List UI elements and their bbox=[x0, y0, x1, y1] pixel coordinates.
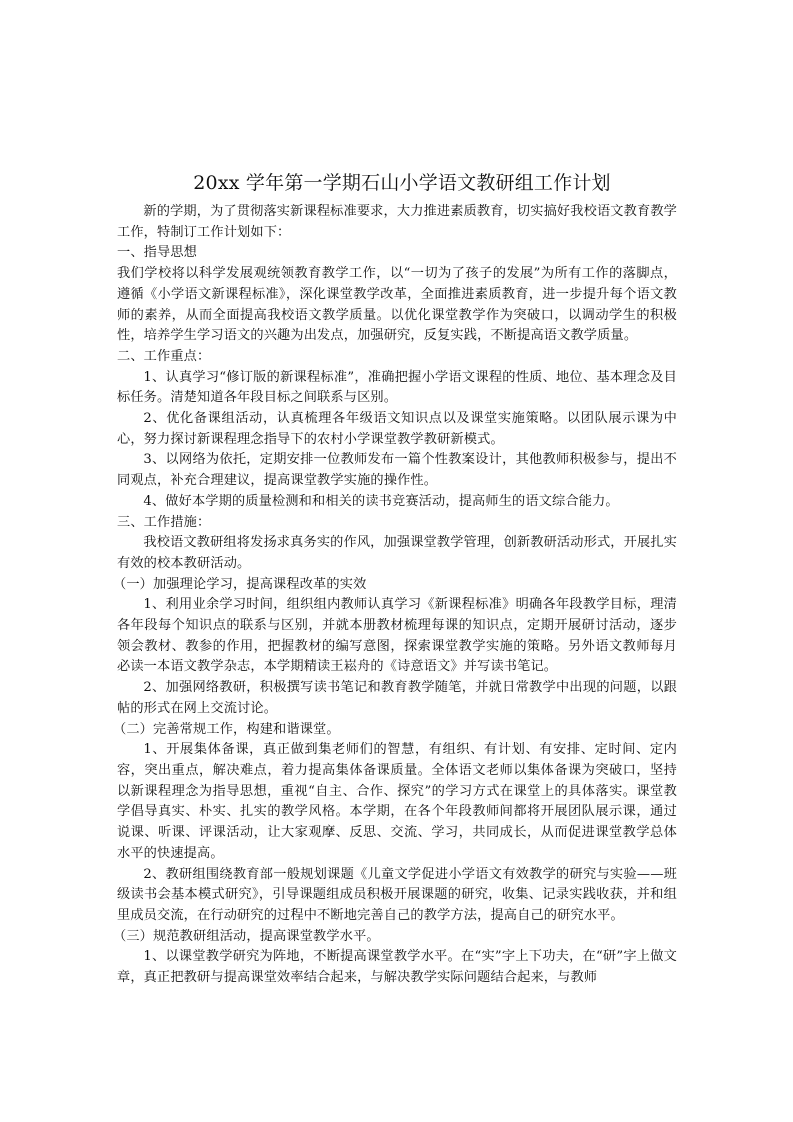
teaching-research-item-1: 1、以课堂教学研究为阵地，不断提高课堂教学水平。在“实”字上下功夫，在“研”字上… bbox=[117, 947, 677, 988]
work-measures-intro: 我校语文教研组将发扬求真务实的作风，加强课堂教学管理，创新教研活动形式，开展扎实… bbox=[117, 533, 677, 574]
work-focus-item-4: 4、做好本学期的质量检测和和相关的读书竞赛活动，提高师生的语文综合能力。 bbox=[117, 492, 677, 513]
theory-study-item-1: 1、利用业余学习时间，组织组内教师认真学习《新课程标准》明确各年段教学目标，理清… bbox=[117, 595, 677, 678]
subsection-heading-teaching-research: （三）规范教研组活动，提高课堂教学水平。 bbox=[113, 927, 677, 948]
work-focus-item-2: 2、优化备课组活动，认真梳理各年级语文知识点以及课堂实施策略。以团队展示课为中心… bbox=[117, 409, 677, 450]
subsection-heading-routine-work: （二）完善常规工作，构建和谐课堂。 bbox=[113, 720, 677, 741]
section-heading-work-focus: 二、工作重点： bbox=[117, 347, 677, 368]
routine-work-item-2: 2、教研组围绕教育部一般规划课题《儿童文学促进小学语文有效教学的研究与实验——班… bbox=[117, 865, 677, 927]
guiding-ideology-paragraph: 我们学校将以科学发展观统领教育教学工作，以“一切为了孩子的发展”为所有工作的落脚… bbox=[117, 264, 677, 347]
document-page: 20xx 学年第一学期石山小学语文教研组工作计划 新的学期，为了贯彻落实新课程标… bbox=[117, 170, 677, 989]
intro-paragraph: 新的学期，为了贯彻落实新课程标准要求，大力推进素质教育，切实搞好我校语文教育教学… bbox=[117, 202, 677, 243]
work-focus-item-3: 3、以网络为依托，定期安排一位教师发布一篇个性教案设计，其他教师积极参与，提出不… bbox=[117, 450, 677, 491]
section-heading-work-measures: 三、工作措施： bbox=[117, 513, 677, 534]
subsection-heading-theory-study: （一）加强理论学习，提高课程改革的实效 bbox=[113, 575, 677, 596]
routine-work-item-1: 1、开展集体备课，真正做到集老师们的智慧，有组织、有计划、有安排、定时间、定内容… bbox=[117, 740, 677, 864]
theory-study-item-2: 2、加强网络教研，积极撰写读书笔记和教育教学随笔，并就日常教学中出现的问题，以跟… bbox=[117, 678, 677, 719]
section-heading-guiding-ideology: 一、指导思想 bbox=[117, 243, 677, 264]
work-focus-item-1: 1、认真学习“修订版的新课程标准”，准确把握小学语文课程的性质、地位、基本理念及… bbox=[117, 368, 677, 409]
document-title: 20xx 学年第一学期石山小学语文教研组工作计划 bbox=[117, 170, 677, 196]
